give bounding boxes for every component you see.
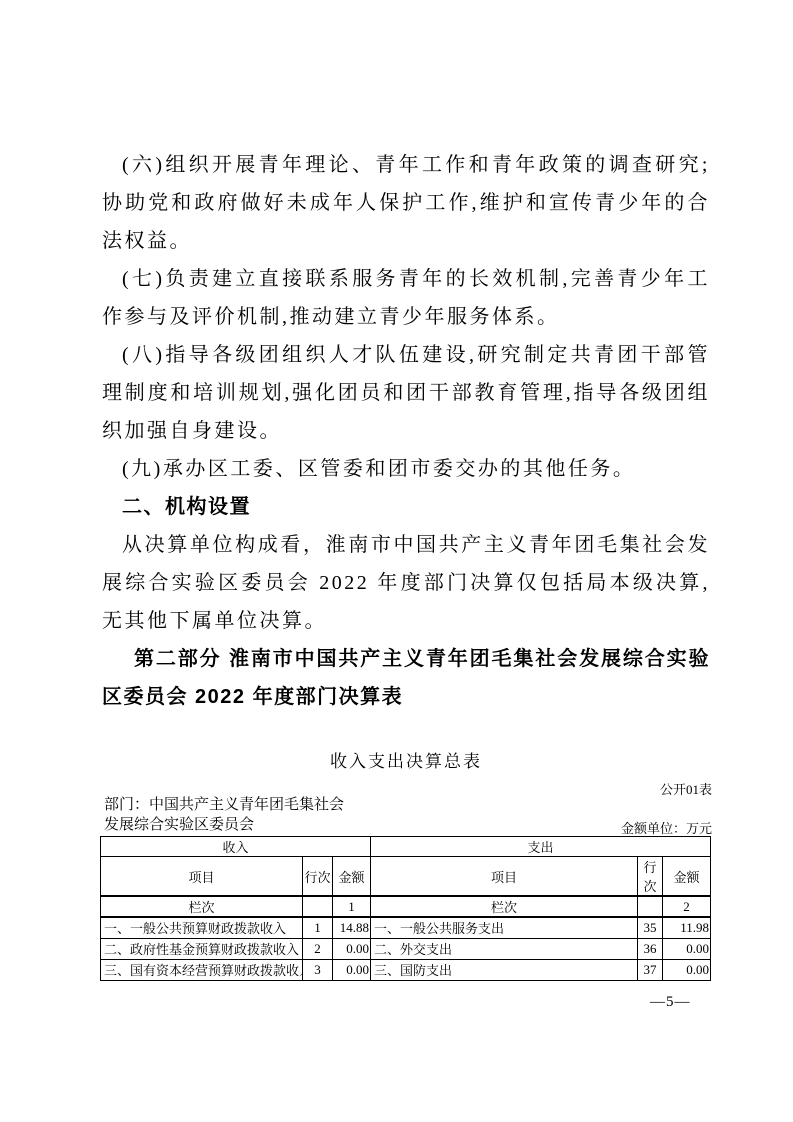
income-amount: 0.00 xyxy=(333,959,371,980)
amount-unit-label: 金额单位：万元 xyxy=(621,818,712,837)
income-expense-table: 收入 支出 项目 行次 金额 项目 行次 金额 栏次 1 栏次 2 一、一般公共… xyxy=(100,836,711,981)
income-amount: 14.88 xyxy=(333,917,371,938)
index-income-amount-col: 1 xyxy=(333,896,371,917)
body-text-block: (六)组织开展青年理论、青年工作和青年政策的调查研究;协助党和政府做好未成年人保… xyxy=(102,146,710,716)
expense-amount: 11.98 xyxy=(663,917,711,938)
table-column-header-row: 项目 行次 金额 项目 行次 金额 xyxy=(101,857,711,897)
col-header-income-row-no: 行次 xyxy=(303,857,333,897)
table-group-header-row: 收入 支出 xyxy=(101,837,711,857)
expense-amount: 0.00 xyxy=(663,959,711,980)
index-expense-amount-col: 2 xyxy=(663,896,711,917)
income-row-no: 2 xyxy=(303,938,333,959)
paragraph-duty-7: (七)负责建立直接联系服务青年的长效机制,完善青少年工作参与及评价机制,推动建立… xyxy=(102,260,710,336)
department-line-1: 部门：中国共产主义青年团毛集社会 xyxy=(104,795,344,815)
income-row-no: 1 xyxy=(303,917,333,938)
expense-item: 三、国防支出 xyxy=(371,959,638,980)
document-page: (六)组织开展青年理论、青年工作和青年政策的调查研究;协助党和政府做好未成年人保… xyxy=(0,0,793,1122)
table-code-label: 公开01表 xyxy=(660,779,712,798)
statement-title: 收入支出决算总表 xyxy=(102,749,710,775)
table-row: 二、政府性基金预算财政拨款收入 2 0.00 二、外交支出 36 0.00 xyxy=(101,938,711,959)
income-item: 一、一般公共预算财政拨款收入 xyxy=(101,917,303,938)
table-index-row: 栏次 1 栏次 2 xyxy=(101,896,711,917)
heading-org-setup: 二、机构设置 xyxy=(102,488,710,526)
expense-row-no: 37 xyxy=(638,959,663,980)
income-item: 二、政府性基金预算财政拨款收入 xyxy=(101,938,303,959)
expense-item: 二、外交支出 xyxy=(371,938,638,959)
col-header-expense-amount: 金额 xyxy=(663,857,711,897)
table-row: 三、国有资本经营预算财政拨款收入 3 0.00 三、国防支出 37 0.00 xyxy=(101,959,711,980)
expense-row-no: 35 xyxy=(638,917,663,938)
col-header-expense-item: 项目 xyxy=(371,857,638,897)
income-item: 三、国有资本经营预算财政拨款收入 xyxy=(101,959,303,980)
paragraph-duty-8: (八)指导各级团组织人才队伍建设,研究制定共青团干部管理制度和培训规划,强化团员… xyxy=(102,336,710,450)
page-number: —5— xyxy=(650,994,691,1011)
index-label-income: 栏次 xyxy=(101,896,303,917)
col-header-income-item: 项目 xyxy=(101,857,303,897)
expense-amount: 0.00 xyxy=(663,938,711,959)
col-header-expense-row-no: 行次 xyxy=(638,857,663,897)
department-line-2: 发展综合实验区委员会 xyxy=(104,815,344,835)
income-group-header: 收入 xyxy=(101,837,371,857)
heading-part2: 第二部分 淮南市中国共产主义青年团毛集社会发展综合实验区委员会 2022 年度部… xyxy=(102,640,710,716)
paragraph-duty-9: (九)承办区工委、区管委和团市委交办的其他任务。 xyxy=(102,450,710,488)
expense-item: 一、一般公共服务支出 xyxy=(371,917,638,938)
paragraph-duty-6: (六)组织开展青年理论、青年工作和青年政策的调查研究;协助党和政府做好未成年人保… xyxy=(102,146,710,260)
empty-cell xyxy=(303,896,333,917)
index-label-expense: 栏次 xyxy=(371,896,638,917)
department-label: 部门：中国共产主义青年团毛集社会 发展综合实验区委员会 xyxy=(104,795,344,835)
table-row: 一、一般公共预算财政拨款收入 1 14.88 一、一般公共服务支出 35 11.… xyxy=(101,917,711,938)
col-header-income-amount: 金额 xyxy=(333,857,371,897)
income-row-no: 3 xyxy=(303,959,333,980)
income-amount: 0.00 xyxy=(333,938,371,959)
expense-group-header: 支出 xyxy=(371,837,711,857)
expense-row-no: 36 xyxy=(638,938,663,959)
empty-cell xyxy=(638,896,663,917)
paragraph-org-setup: 从决算单位构成看，淮南市中国共产主义青年团毛集社会发展综合实验区委员会 2022… xyxy=(102,526,710,640)
